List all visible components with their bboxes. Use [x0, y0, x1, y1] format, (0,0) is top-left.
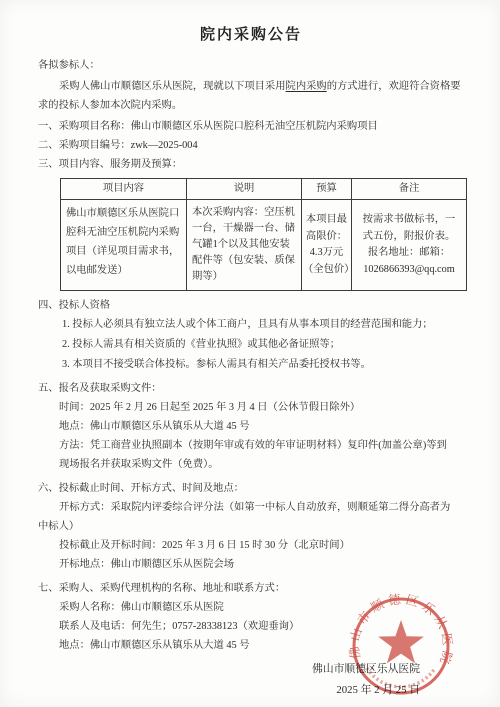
signature-block: 佛山市顺德区乐从医院 2025 年 2 月 25 日: [38, 659, 464, 701]
bid-opening-method: 开标方式：采取院内评委综合评分法（如第一中标人自动放弃，则顺延第二得分高者为中标…: [38, 498, 456, 536]
cell-project-content: 佛山市顺德区乐从医院口腔科无油空压机院内采购项目（详见项目需求书，以电邮发送）: [61, 200, 187, 291]
intro-text-1: 采购人佛山市顺德区乐从医院，现就以下项目采用: [59, 81, 286, 92]
remarks-line: 式五份，附报价表。: [356, 229, 462, 246]
salutation: 各拟参标人：: [38, 56, 464, 75]
buyer-name: 采购人名称：佛山市顺德区乐从医院: [59, 598, 464, 617]
announcement-page: 院内采购公告 各拟参标人： 采购人佛山市顺德区乐从医院，现就以下项目采用院内采购…: [0, 0, 500, 707]
section-three-heading: 三、项目内容、服务期及预算：: [38, 155, 464, 174]
header-description: 说明: [187, 179, 302, 200]
registration-place: 地点：佛山市顺德区乐从镇乐从大道 45 号: [59, 417, 464, 436]
signature-org: 佛山市顺德区乐从医院: [38, 659, 420, 680]
section-one-project-name: 一、采购项目名称：佛山市顺德区乐从医院口腔科无油空压机院内采购项目: [38, 117, 464, 136]
budget-line: 本项目最: [303, 212, 350, 229]
bid-opening-place: 开标地点：佛山市顺德区乐从医院会场: [59, 555, 464, 574]
section-two-project-number: 二、采购项目编号：zwk—2025-004: [38, 136, 464, 155]
cell-budget: 本项目最 高限价： 4.3万元 （全包价）: [302, 200, 352, 291]
remarks-email: 1026866393@qq.com: [356, 262, 462, 279]
cell-description: 本次采购内容：空压机一台，干燥器一台、储气罐1个以及其他安装配件等（包安装、质保…: [187, 200, 302, 291]
page-title: 院内采购公告: [38, 24, 464, 46]
intro-underlined-term: 院内采购: [286, 81, 327, 92]
registration-method: 方法：凭工商营业执照副本（按期年审或有效的年审证明材料）复印件(加盖公章)等到现…: [59, 436, 452, 474]
remarks-line: 报名地址：邮箱：: [356, 245, 462, 262]
budget-line: 4.3万元: [303, 245, 350, 262]
table-row: 佛山市顺德区乐从医院口腔科无油空压机院内采购项目（详见项目需求书，以电邮发送） …: [61, 200, 467, 291]
header-budget: 预算: [302, 179, 352, 200]
budget-line: 高限价：: [303, 229, 350, 246]
section-five-heading: 五、报名及获取采购文件：: [38, 379, 464, 398]
section-six-heading: 六、投标截止时间、开标方式、时间及地点：: [38, 479, 464, 498]
section-four-heading: 四、投标人资格: [38, 296, 464, 315]
header-project-content: 项目内容: [61, 179, 187, 200]
signature-date: 2025 年 2 月 25 日: [38, 680, 420, 701]
buyer-address: 地点：佛山市顺德区乐从镇乐从大道 45 号: [59, 636, 464, 655]
table-header-row: 项目内容 说明 预算 备注: [61, 179, 467, 200]
cell-remarks: 按需求书做标书，一 式五份，附报价表。 报名地址：邮箱： 1026866393@…: [352, 200, 467, 291]
section-seven-heading: 七、采购人、采购代理机构的名称、地址和联系方式：: [38, 579, 464, 598]
bidder-qualification-item-1: 1. 投标人必须具有独立法人或个体工商户，且具有从事本项目的经营范围和能力；: [62, 315, 464, 335]
document-body: 院内采购公告 各拟参标人： 采购人佛山市顺德区乐从医院，现就以下项目采用院内采购…: [0, 0, 500, 701]
remarks-line: 按需求书做标书，一: [356, 212, 462, 229]
budget-line: （全包价）: [303, 262, 350, 279]
procurement-table: 项目内容 说明 预算 备注 佛山市顺德区乐从医院口腔科无油空压机院内采购项目（详…: [60, 178, 467, 291]
bidder-qualification-item-2: 2. 投标人需具有相关资质的《营业执照》或其他必备证照等；: [62, 335, 464, 355]
bid-deadline: 投标截止及开标时间：2025 年 3 月 6 日 15 时 30 分（北京时间）: [59, 536, 464, 555]
contact-phone: 联系人及电话：何先生；0757-28338123（欢迎垂询）: [59, 617, 464, 636]
intro-paragraph: 采购人佛山市顺德区乐从医院，现就以下项目采用院内采购的方式进行，欢迎符合资格要求…: [38, 77, 464, 115]
bidder-qualification-item-3: 3. 本项目不接受联合体投标。参标人需具有相关产品委托授权书等。: [62, 355, 464, 375]
header-remarks: 备注: [352, 179, 467, 200]
registration-time: 时间：2025 年 2 月 26 日起至 2025 年 3 月 4 日（公休节假…: [59, 398, 464, 417]
